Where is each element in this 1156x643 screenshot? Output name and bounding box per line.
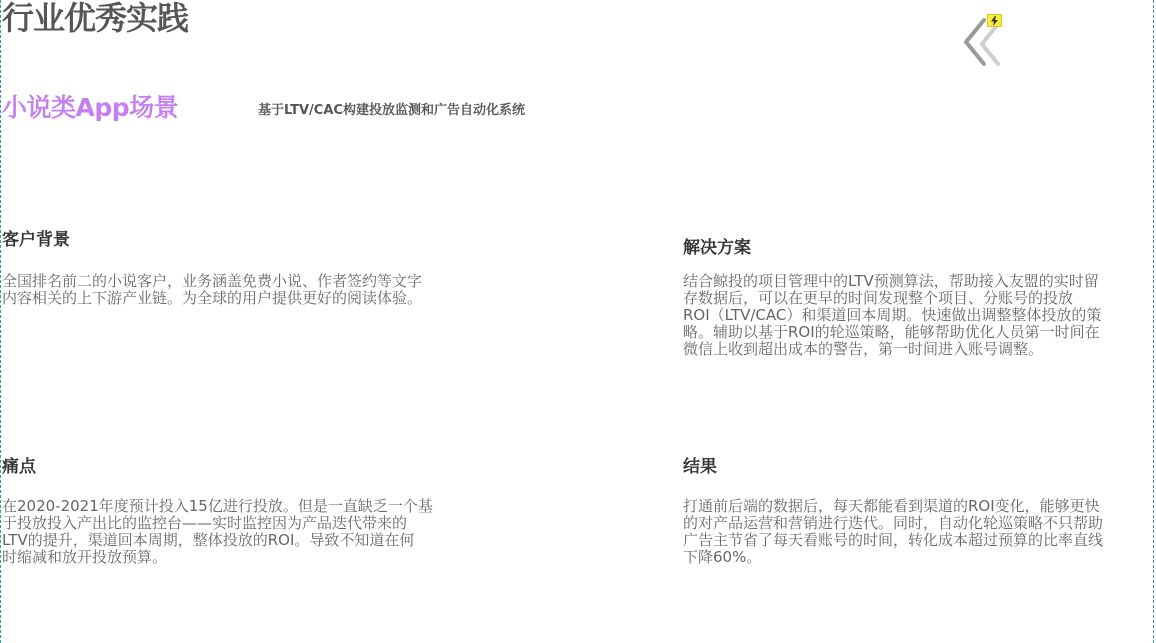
section-heading: 结果 [683, 456, 1153, 478]
layout-guide-right [1153, 0, 1154, 643]
body-line: 下降60%。 [683, 549, 1153, 566]
layout-guide-left [0, 0, 1, 643]
section-body: 结合鲸投的项目管理中的LTV预测算法，帮助接入友盟的实时留 存数据后，可以在更早… [683, 273, 1153, 358]
body-line: 在2020-2021年度预计投入15亿进行投放。但是一直缺乏一个基 [2, 498, 467, 515]
body-line: 全国排名前二的小说客户，业务涵盖免费小说、作者签约等文字 [2, 273, 467, 290]
body-line: 略。辅助以基于ROI的轮巡策略，能够帮助优化人员第一时间在 [683, 324, 1153, 341]
section-heading: 痛点 [2, 456, 472, 478]
section-body: 打通前后端的数据后，每天都能看到渠道的ROI变化，能够更快 的对产品运营和营销进… [683, 498, 1153, 566]
page-title: 行业优秀实践 [2, 0, 188, 38]
body-line: 于投放投入产出比的监控台——实时监控因为产品迭代带来的 [2, 515, 467, 532]
section-heading: 客户背景 [2, 229, 472, 251]
flash-badge[interactable] [987, 14, 1002, 27]
lightning-bolt-icon [990, 11, 999, 30]
section-customer-background: 客户背景 全国排名前二的小说客户，业务涵盖免费小说、作者签约等文字 内容相关的上… [2, 229, 472, 307]
section-heading: 解决方案 [683, 237, 1153, 259]
section-body: 在2020-2021年度预计投入15亿进行投放。但是一直缺乏一个基 于投放投入产… [2, 498, 467, 566]
section-result: 结果 打通前后端的数据后，每天都能看到渠道的ROI变化，能够更快 的对产品运营和… [683, 456, 1153, 566]
scene-title: 小说类App场景 [2, 90, 178, 126]
body-line: ROI（LTV/CAC）和渠道回本周期。快速做出调整整体投放的策 [683, 307, 1153, 324]
body-line: 广告主节省了每天看账号的时间，转化成本超过预算的比率直线 [683, 532, 1153, 549]
body-line: 结合鲸投的项目管理中的LTV预测算法，帮助接入友盟的实时留 [683, 273, 1153, 290]
body-line: 微信上收到超出成本的警告，第一时间进入账号调整。 [683, 341, 1153, 358]
section-body: 全国排名前二的小说客户，业务涵盖免费小说、作者签约等文字 内容相关的上下游产业链… [2, 273, 467, 307]
body-line: 内容相关的上下游产业链。为全球的用户提供更好的阅读体验。 [2, 290, 467, 307]
section-pain-points: 痛点 在2020-2021年度预计投入15亿进行投放。但是一直缺乏一个基 于投放… [2, 456, 472, 566]
body-line: 时缩减和放开投放预算。 [2, 549, 467, 566]
body-line: LTV的提升，渠道回本周期，整体投放的ROI。导致不知道在何 [2, 532, 467, 549]
scene-subtitle: 基于LTV/CAC构建投放监测和广告自动化系统 [258, 101, 525, 121]
body-line: 存数据后，可以在更早的时间发现整个项目、分账号的投放 [683, 290, 1153, 307]
body-line: 打通前后端的数据后，每天都能看到渠道的ROI变化，能够更快 [683, 498, 1153, 515]
body-line: 的对产品运营和营销进行迭代。同时，自动化轮巡策略不只帮助 [683, 515, 1153, 532]
section-solution: 解决方案 结合鲸投的项目管理中的LTV预测算法，帮助接入友盟的实时留 存数据后，… [683, 237, 1153, 358]
